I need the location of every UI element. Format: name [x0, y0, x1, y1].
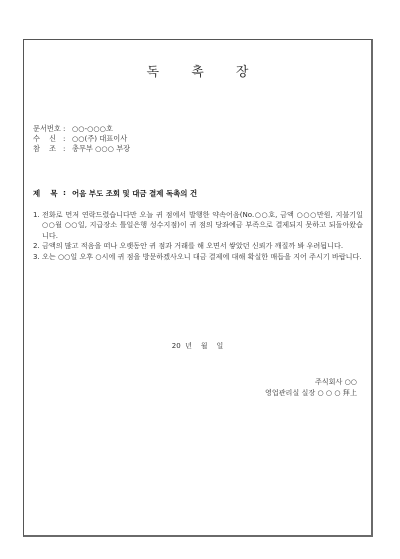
meta-separator: :: [63, 134, 72, 144]
subject-label: 제 목: [33, 188, 63, 199]
item-text: 오는 ○○일 오후 ○시에 귀 점을 방문하겠사오니 대금 결제에 대해 확실한…: [42, 252, 363, 262]
item-number: 3.: [33, 252, 42, 262]
meta-row-recipient: 수 신 : ○○(주) 대표이사: [33, 134, 130, 144]
body-item-2: 2. 금액의 많고 적음을 떠나 오랫동안 귀 점과 거래를 해 오면서 쌓았던…: [33, 241, 363, 251]
item-text: 전화로 먼저 연락드렸습니다만 오늘 귀 점에서 발행한 약속어음(No.○○호…: [42, 210, 363, 241]
item-number: 1.: [33, 210, 42, 220]
meta-value: ○○(주) 대표이사: [72, 134, 127, 144]
document-title: 독 촉 장: [24, 61, 371, 80]
document-meta: 문서번호 : ○○-○○○호 수 신 : ○○(주) 대표이사 참 조 : 총무…: [33, 124, 130, 154]
meta-label: 문서번호: [33, 124, 63, 134]
document-body-list: 1. 전화로 먼저 연락드렸습니다만 오늘 귀 점에서 발행한 약속어음(No.…: [33, 210, 363, 262]
meta-row-reference: 참 조 : 총무부 ○○○ 부장: [33, 144, 130, 154]
document-date: 20 년 월 일: [24, 341, 371, 351]
document-signature: 주식회사 ○○ 영업관리실 실장 ○ ○ ○ 拜上: [265, 377, 357, 398]
meta-row-doc-number: 문서번호 : ○○-○○○호: [33, 124, 130, 134]
meta-value: ○○-○○○호: [72, 124, 113, 134]
meta-value: 총무부 ○○○ 부장: [72, 144, 130, 154]
subject-value: 어음 부도 조회 및 대금 결제 독촉의 건: [72, 188, 197, 199]
item-number: 2.: [33, 241, 42, 251]
body-item-1: 1. 전화로 먼저 연락드렸습니다만 오늘 귀 점에서 발행한 약속어음(No.…: [33, 210, 363, 241]
meta-label: 수 신: [33, 134, 63, 144]
document-subject: 제 목 : 어음 부도 조회 및 대금 결제 독촉의 건: [33, 188, 197, 199]
body-item-3: 3. 오는 ○○일 오후 ○시에 귀 점을 방문하겠사오니 대금 결제에 대해 …: [33, 252, 363, 262]
meta-separator: :: [63, 124, 72, 134]
item-text: 금액의 많고 적음을 떠나 오랫동안 귀 점과 거래를 해 오면서 쌓았던 신뢰…: [42, 241, 363, 251]
meta-separator: :: [63, 144, 72, 154]
document-page: 독 촉 장 문서번호 : ○○-○○○호 수 신 : ○○(주) 대표이사 참 …: [23, 39, 373, 537]
signature-company: 주식회사 ○○: [265, 377, 357, 388]
meta-label: 참 조: [33, 144, 63, 154]
signature-sender: 영업관리실 실장 ○ ○ ○ 拜上: [265, 388, 357, 399]
subject-separator: :: [63, 188, 72, 199]
